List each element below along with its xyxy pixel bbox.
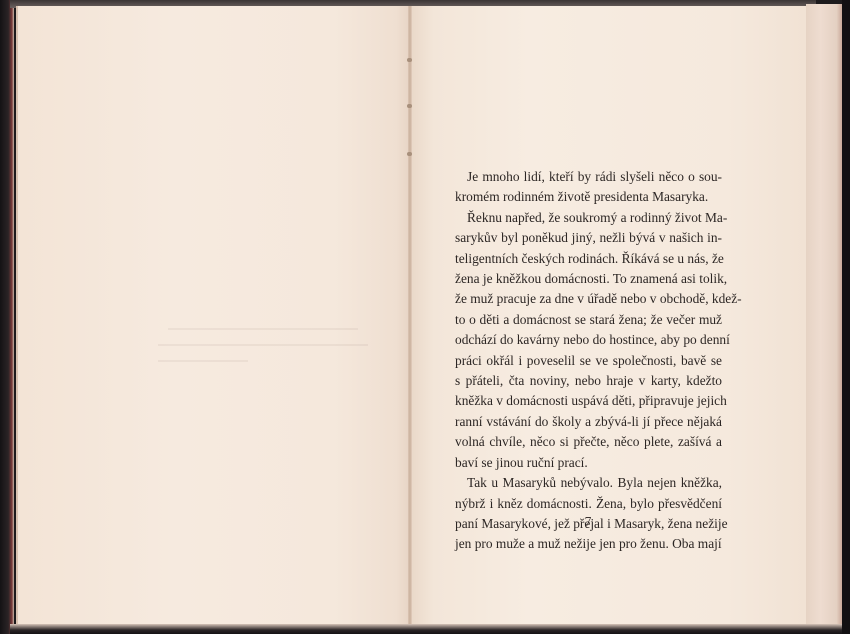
body-text: Je mnoho lidí, kteří by rádi slyšeli něc… (455, 167, 722, 555)
binding-stitch (407, 152, 412, 156)
text-line: baví se jinou ruční prací. (455, 453, 722, 473)
bleed-through-line (158, 360, 248, 362)
page-number: 7 (582, 514, 594, 530)
text-line: žena je kněžkou domácnosti. To znamená a… (455, 269, 722, 289)
text-line: s přáteli, čta noviny, nebo hraje v kart… (455, 371, 722, 391)
book-cover-edge-left (0, 0, 14, 634)
text-line: práci okřál i poveselil se ve společnost… (455, 351, 722, 371)
paragraph-2: Řeknu napřed, že soukromý a rodinný živo… (455, 208, 722, 473)
binding-stitch (407, 104, 412, 108)
book-scan: Je mnoho lidí, kteří by rádi slyšeli něc… (0, 0, 850, 634)
text-line: sarykův byl poněkud jiný, nežli bývá v n… (455, 228, 722, 248)
text-line: kněžka v domácnosti uspává děti, připrav… (455, 391, 722, 411)
text-line: jen pro muže a muž nežije jen pro ženu. … (455, 534, 722, 554)
text-line: ranní vstávání do školy a zbývá-li jí př… (455, 412, 722, 432)
left-page (16, 6, 412, 624)
binding-stitch (407, 58, 412, 62)
text-line: Tak u Masaryků nebývalo. Byla nejen kněž… (455, 473, 722, 493)
text-line: odchází do kavárny nebo do hostince, aby… (455, 330, 722, 350)
text-line: že muž pracuje za dne v úřadě nebo v obc… (455, 289, 722, 309)
bleed-through-line (158, 344, 368, 346)
text-line: to o děti a domácnost se stará žena; že … (455, 310, 722, 330)
text-line: nýbrž i kněz domácnosti. Žena, bylo přes… (455, 494, 722, 514)
text-line: Řeknu napřed, že soukromý a rodinný živo… (455, 208, 722, 228)
book-gutter (408, 6, 412, 624)
text-line: kromém rodinném životě presidenta Masary… (455, 187, 722, 207)
text-line: Je mnoho lidí, kteří by rádi slyšeli něc… (455, 167, 722, 187)
book-page-edges-right (806, 4, 842, 626)
book-bottom-edge (10, 624, 842, 634)
background-strip (842, 0, 850, 634)
bleed-through-line (168, 328, 358, 330)
text-line: teligentních českých rodinách. Říkává se… (455, 249, 722, 269)
paragraph-1: Je mnoho lidí, kteří by rádi slyšeli něc… (455, 167, 722, 208)
text-line: volná chvíle, něco si přečte, něco plete… (455, 432, 722, 452)
